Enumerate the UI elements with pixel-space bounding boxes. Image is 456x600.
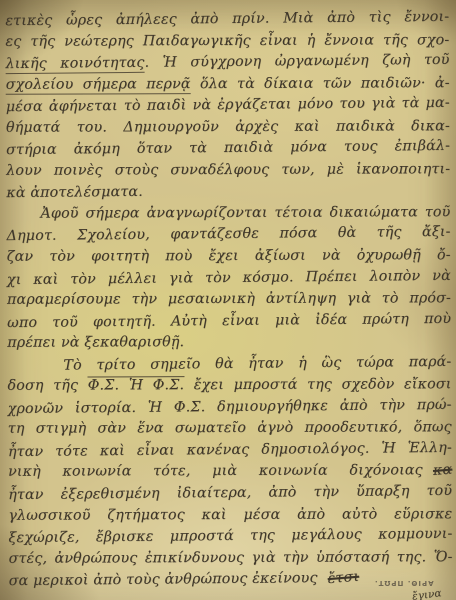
manuscript-line: τη στιγμὴ σὰν ἕνα σωματεῖο ἁγνὸ προοδευτ… bbox=[8, 418, 452, 441]
manuscript-line: μέσα ἀφήνεται τὸ παιδὶ νὰ ἐργάζεται μόνο… bbox=[6, 93, 450, 119]
manuscript-line: δοση τῆς Φ.Σ. Ἡ Φ.Σ. ἔχει μπροστά της σχ… bbox=[7, 375, 451, 398]
manuscript-line: παραμερίσουμε τὴν μεσαιωνικὴ ἀντίληψη γι… bbox=[7, 288, 451, 311]
manuscript-line: Δημοτ. Σχολείου, φαντάζεσθε πόσα θὰ τῆς … bbox=[7, 222, 451, 248]
struck-out-word: ἔτσι bbox=[327, 567, 360, 591]
manuscript-line: σχολείου σήμερα περνᾷ ὅλα τὰ δίκαια τῶν … bbox=[6, 73, 450, 96]
manuscript-line: χι καὶ τὸν μέλλει γιὰ τὸν κόσμο. Πρέπει … bbox=[7, 265, 451, 291]
protocol-number-stamp: ΑΡΙΘ. ΠΡΩΤ. bbox=[374, 579, 434, 587]
line-text: σα μερικοὶ ἀπὸ τοὺς ἀνθρώπους ἐκείνους bbox=[9, 570, 318, 589]
manuscript-line: στήρια ἀκόμη ὅταν τὰ παιδιὰ μόνα τους ἐπ… bbox=[6, 136, 450, 162]
line-text: νικὴ κοινωνία τότε, μιὰ κοινωνία διχόνοι… bbox=[8, 463, 423, 480]
manuscript-line: λικῆς κοινότητας. Ἡ σύγχρονη ὠργανωμένη … bbox=[5, 50, 449, 76]
manuscript-page: ετικὲς ὧρες ἀπήλεες ἀπὸ πρίν. Μιὰ ἀπὸ τὶ… bbox=[0, 0, 456, 600]
underlined-phrase: σχολείου σήμερα περνᾷ bbox=[6, 76, 191, 95]
manuscript-line: ωπο τοῦ φοιτητῆ. Αὐτὴ εἶναι μιὰ ἰδέα πρώ… bbox=[7, 309, 451, 335]
manuscript-line: ετικὲς ὧρες ἀπήλεες ἀπὸ πρίν. Μιὰ ἀπὸ τὶ… bbox=[5, 7, 449, 33]
manuscript-line: νικὴ κοινωνία τότε, μιὰ κοινωνία διχόνοι… bbox=[8, 461, 452, 484]
manuscript-line: ἦταν ἐξερεθισμένη ἰδιαίτερα, ἀπὸ τὴν ὕπα… bbox=[8, 481, 452, 507]
overlined-abbreviation: Φ.Σ. Ἡ Φ.Σ. bbox=[88, 376, 185, 393]
struck-out-word: κα bbox=[432, 460, 453, 483]
line-text: δοση τῆς bbox=[7, 378, 87, 394]
corner-handwritten-note: ἔγινα bbox=[412, 587, 443, 600]
line-text: . Ἡ σύγχρονη ὠργανωμένη ζωὴ τοῦ bbox=[144, 52, 449, 71]
line-text: ἔχει μπροστά της σχεδὸν εἴκοσι bbox=[184, 377, 451, 394]
underlined-phrase: λικῆς κοινότητας bbox=[5, 55, 144, 74]
manuscript-line: κὰ ἀποτελέσματα. bbox=[6, 179, 450, 205]
manuscript-line: ες τῆς νεώτερης Παιδαγωγικῆς εἶναι ἡ ἔνν… bbox=[5, 30, 449, 53]
handwritten-text-block: ετικὲς ὧρες ἀπήλεες ἀπὸ πρίν. Μιὰ ἀπὸ τὶ… bbox=[5, 8, 453, 592]
manuscript-line: γλωσσικοῦ ζητήματος καὶ μέσα ἀπὸ αὐτὸ εὕ… bbox=[8, 504, 452, 527]
manuscript-line: πρέπει νὰ ξεκαθαρισθῇ. bbox=[7, 331, 451, 354]
manuscript-line: ξεχώριζε, ἔβρισκε μπροστά της μεγάλους κ… bbox=[8, 524, 452, 550]
line-text: ὅλα τὰ δίκαια τῶν παιδιῶν· ἀ- bbox=[191, 75, 450, 92]
manuscript-line: ζαν τὸν φοιτητὴ ποὺ ἔχει ἀξίωσι νὰ ὀχυρω… bbox=[7, 245, 451, 268]
